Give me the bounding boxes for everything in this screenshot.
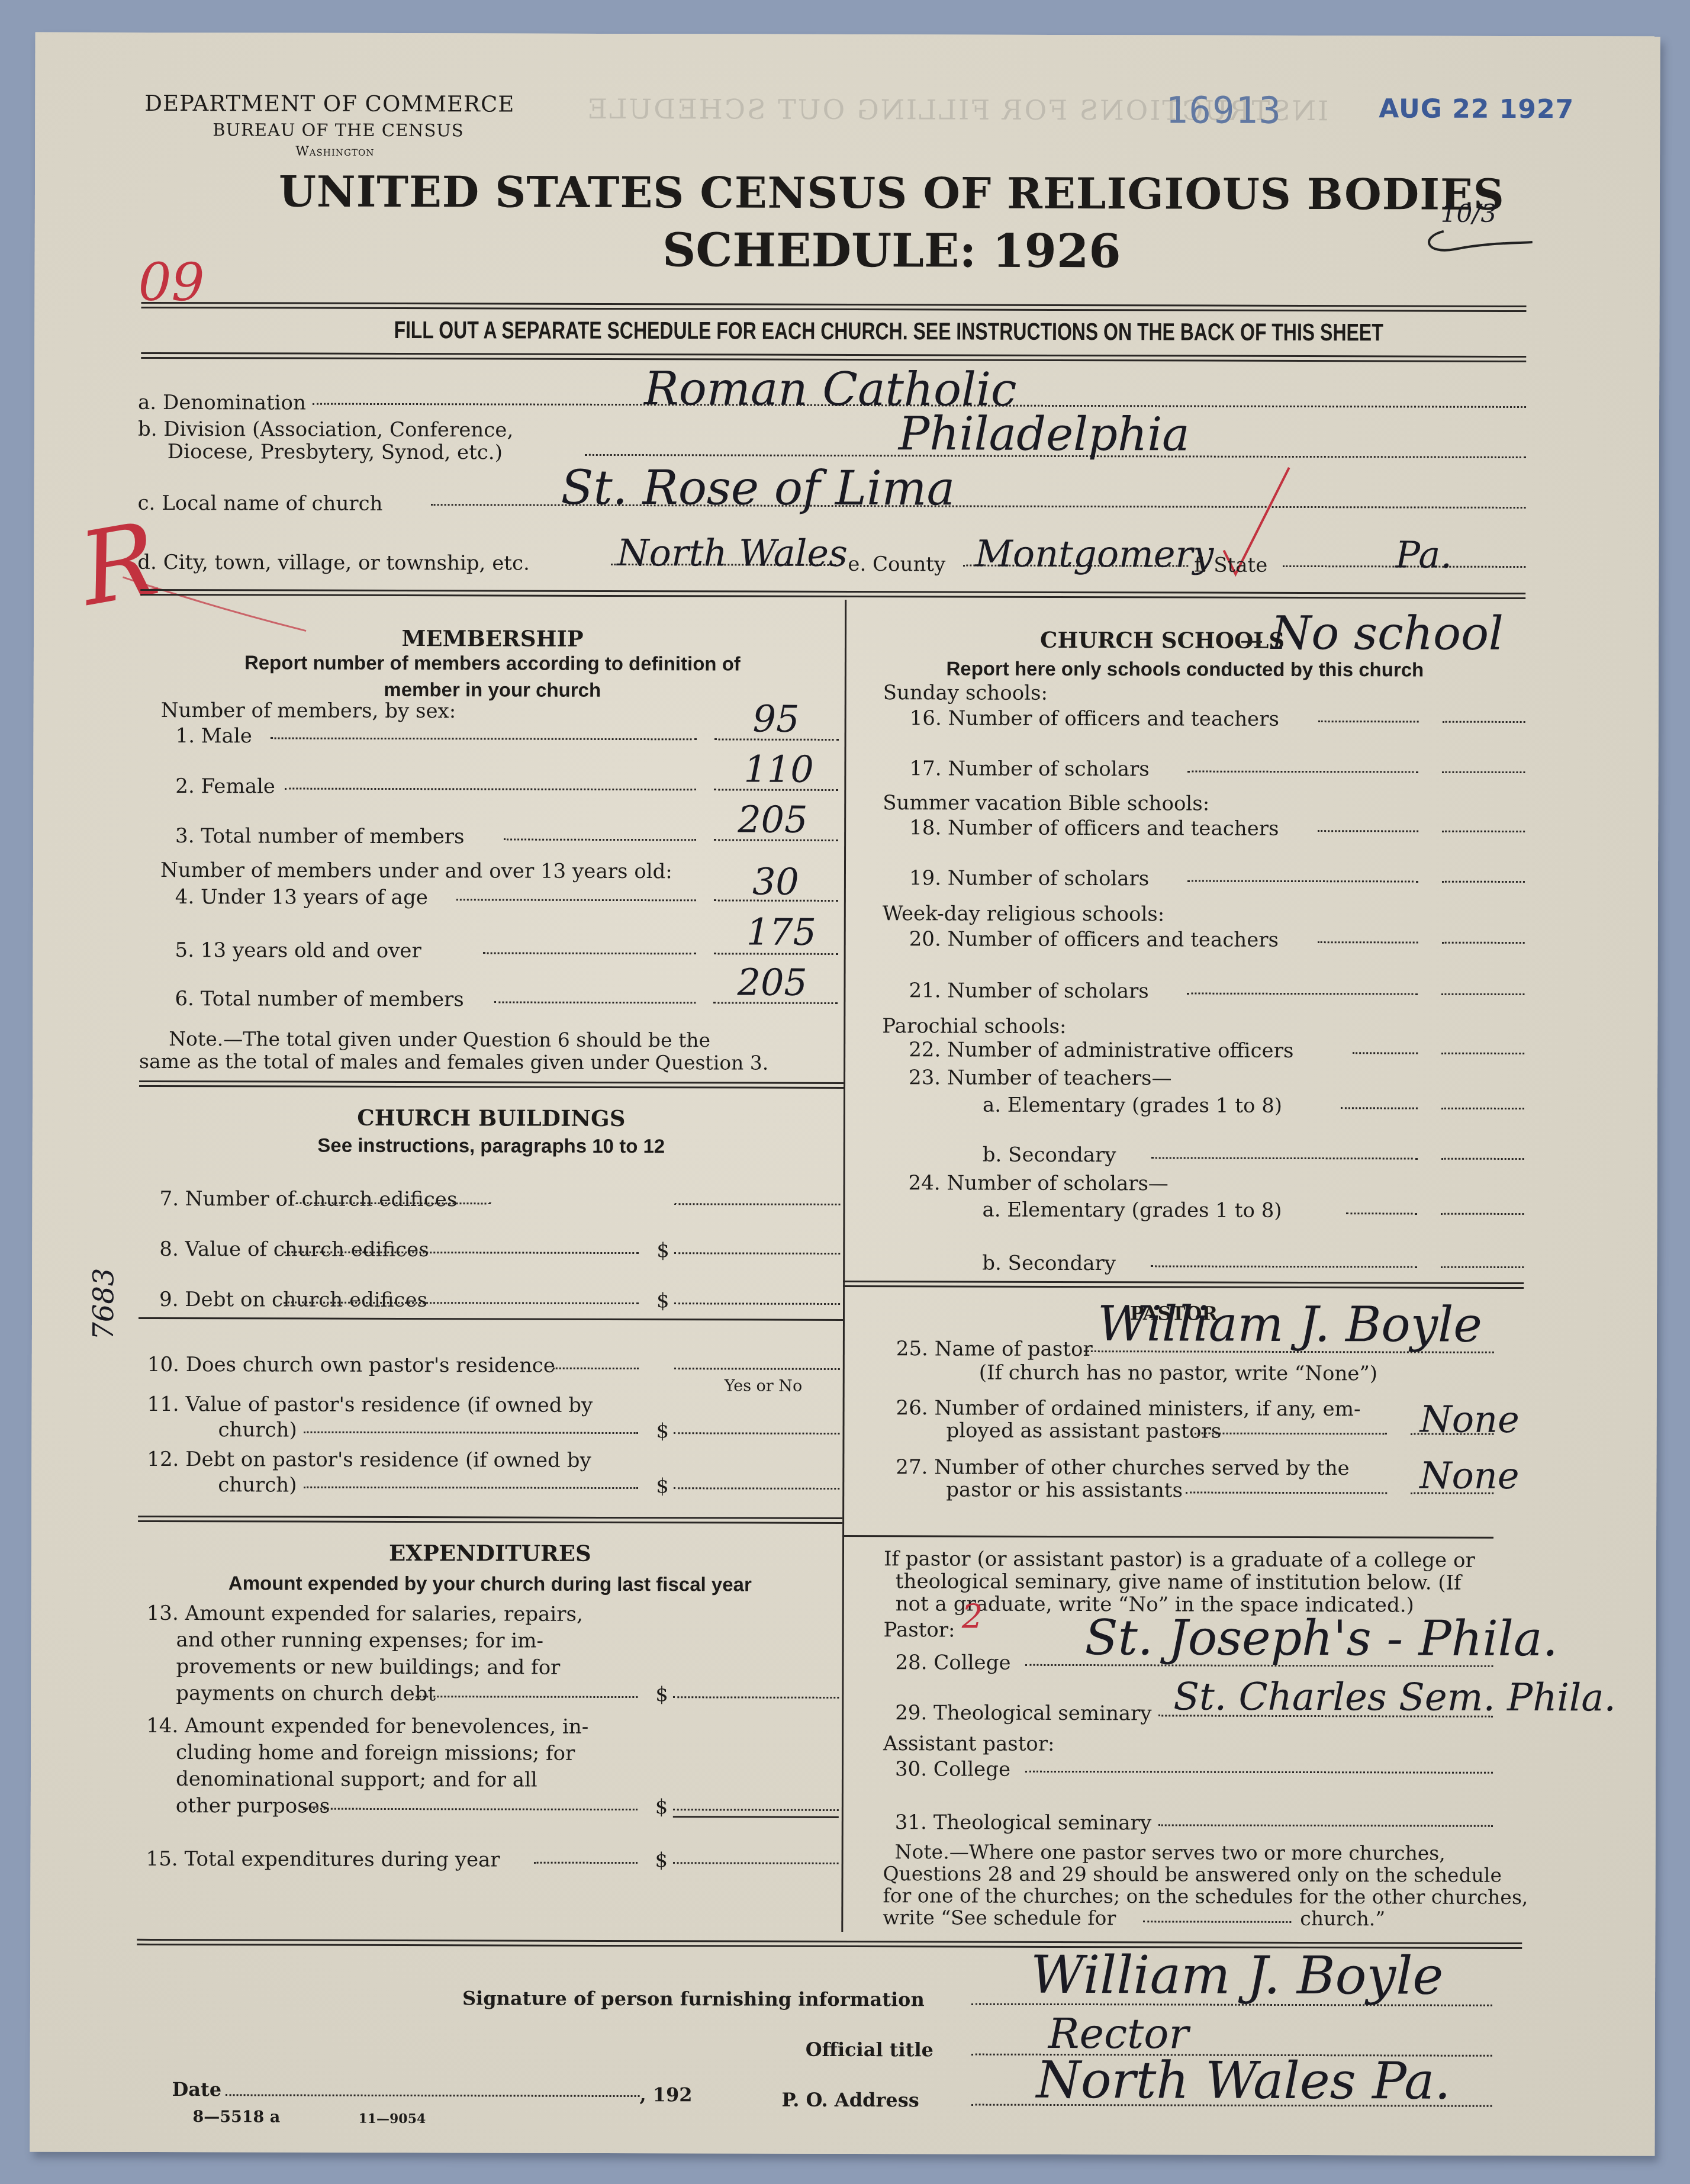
other-churches-label-2: pastor or his assistants	[946, 1478, 1183, 1502]
dash	[1241, 641, 1262, 643]
po-address-field[interactable]: North Wales Pa.	[1036, 2051, 1451, 2111]
division-label-1: b. Division (Association, Conference,	[138, 417, 513, 442]
q16-line	[1318, 721, 1419, 722]
dollar-sign: $	[655, 1683, 668, 1706]
county-label: e. County	[848, 552, 945, 576]
assistant-seminary-label: 31. Theological seminary	[895, 1810, 1151, 1835]
flourish-icon	[1420, 226, 1538, 262]
residence-value-line	[304, 1432, 638, 1434]
male-count-field[interactable]: 95	[753, 697, 800, 741]
po-address-label: P. O. Address	[782, 2089, 919, 2112]
county-field[interactable]: Montgomery	[975, 532, 1213, 576]
location-heading: Washington	[295, 144, 374, 159]
q14-line-4: other purposes	[176, 1794, 330, 1818]
q15-label: 15. Total expenditures during year	[146, 1847, 500, 1872]
q13-line-3: provements or new buildings; and for	[176, 1655, 560, 1680]
denomination-label: a. Denomination	[138, 391, 306, 415]
q17-line	[1187, 771, 1418, 773]
fraction-annotation: 10/3	[1441, 199, 1496, 228]
identification-divider	[140, 589, 1525, 599]
expenditures-title: EXPENDITURES	[138, 1539, 842, 1567]
official-title-label: Official title	[806, 2038, 933, 2061]
q24a-line	[1346, 1212, 1417, 1214]
church-schools-title: CHURCH SCHOOLS	[1040, 627, 1285, 654]
q22-label: 22. Number of administrative officers	[909, 1038, 1293, 1063]
total-members-field-q3[interactable]: 205	[738, 798, 808, 841]
membership-title: MEMBERSHIP	[140, 625, 845, 652]
edifices-count-field[interactable]	[675, 1203, 841, 1205]
pastor-name-field[interactable]: William J. Boyle	[1097, 1296, 1482, 1353]
members-by-sex-label: Number of members, by sex:	[161, 699, 456, 723]
census-form-paper: DEPARTMENT OF COMMERCE BUREAU OF THE CEN…	[30, 32, 1660, 2156]
total-members-label-q3: 3. Total number of members	[175, 824, 465, 848]
see-schedule-line	[1143, 1921, 1291, 1923]
q20-label: 20. Number of officers and teachers	[909, 927, 1279, 952]
residence-value-label-2: church)	[218, 1418, 297, 1442]
weekday-schools-label: Week-day religious schools:	[883, 902, 1165, 926]
column-divider	[841, 600, 846, 1932]
city-field[interactable]: North Wales	[617, 531, 848, 575]
edifices-value-field[interactable]	[674, 1252, 840, 1255]
pastor-note-4b: church.”	[1300, 1907, 1385, 1930]
pastor-name-label: 25. Name of pastor	[896, 1337, 1093, 1361]
assistant-pastors-label-1: 26. Number of ordained ministers, if any…	[896, 1396, 1361, 1421]
total-members-field-q6[interactable]: 205	[737, 961, 807, 1004]
running-expenses-field[interactable]	[673, 1696, 839, 1699]
q13-line-1: 13. Amount expended for salaries, repair…	[147, 1601, 583, 1626]
q21-label: 21. Number of scholars	[909, 979, 1148, 1003]
total-members-label-q6: 6. Total number of members	[175, 987, 464, 1011]
assistant-pastors-label-2: ployed as assistant pastors	[946, 1419, 1221, 1443]
over-13-line	[483, 952, 696, 954]
signature-label: Signature of person furnishing informati…	[462, 1987, 925, 2011]
assistant-seminary-field[interactable]	[1158, 1824, 1493, 1826]
q23-label: 23. Number of teachers—	[909, 1066, 1171, 1090]
q14-line-3: denominational support; and for all	[176, 1767, 537, 1792]
instructions-divider	[141, 352, 1526, 362]
other-churches-label-1: 27. Number of other churches served by t…	[896, 1455, 1349, 1480]
total-expenditures-field[interactable]	[673, 1862, 839, 1864]
owns-residence-label: 10. Does church own pastor's residence	[147, 1353, 555, 1378]
membership-note-2: same as the total of males and females g…	[139, 1050, 768, 1075]
dollar-sign: $	[655, 1795, 668, 1819]
form-title: UNITED STATES CENSUS OF RELIGIOUS BODIES	[35, 165, 1660, 220]
female-label: 2. Female	[175, 774, 275, 798]
pastor-college-label: 28. College	[895, 1651, 1010, 1675]
buildings-divider	[139, 1317, 843, 1321]
q15-line	[534, 1862, 638, 1864]
summer-schools-label: Summer vacation Bible schools:	[883, 791, 1209, 815]
under-13-label: 4. Under 13 years of age	[175, 885, 428, 909]
q24a-field[interactable]	[1441, 1213, 1524, 1215]
q17-field[interactable]	[1442, 771, 1525, 773]
department-heading: DEPARTMENT OF COMMERCE	[144, 91, 514, 117]
female-line	[285, 788, 696, 791]
q18-label: 18. Number of officers and teachers	[909, 816, 1279, 841]
dollar-sign: $	[656, 1419, 669, 1443]
q16-field[interactable]	[1443, 721, 1525, 723]
q22-field[interactable]	[1441, 1053, 1524, 1054]
yes-or-no-hint: Yes or No	[725, 1376, 803, 1395]
q18-field[interactable]	[1442, 831, 1525, 832]
q24b-label: b. Secondary	[982, 1252, 1116, 1276]
print-number: 11—9054	[358, 2111, 426, 2127]
residence-debt-field[interactable]	[674, 1487, 839, 1490]
q21-field[interactable]	[1441, 993, 1524, 995]
edifices-debt-label: 9. Debt on church edifices	[159, 1288, 427, 1312]
residence-debt-label-2: church)	[218, 1473, 297, 1497]
assistant-pastor-label: Assistant pastor:	[883, 1732, 1055, 1756]
red-mark-annotation: 2	[962, 1598, 983, 1636]
female-count-field[interactable]: 110	[743, 748, 814, 791]
q23b-field[interactable]	[1441, 1158, 1524, 1160]
instructions-banner: FILL OUT A SEPARATE SCHEDULE FOR EACH CH…	[213, 316, 1480, 347]
q16-label: 16. Number of officers and teachers	[910, 706, 1279, 731]
dollar-sign: $	[656, 1239, 669, 1262]
signature-field[interactable]: William J. Boyle	[1031, 1944, 1444, 2006]
residence-value-label: 11. Value of pastor's residence (if owne…	[147, 1392, 593, 1417]
received-stamp-date: AUG 22 1927	[1379, 94, 1574, 124]
over-13-label: 5. 13 years old and over	[175, 938, 421, 963]
division-label-2: Diocese, Presbytery, Synod, etc.)	[168, 440, 503, 464]
dollar-sign: $	[656, 1474, 669, 1498]
pastor-note-2: Questions 28 and 29 should be answered o…	[883, 1862, 1502, 1887]
church-schools-subtitle: Report here only schools conducted by th…	[845, 657, 1525, 681]
assistant-college-label: 30. College	[895, 1757, 1010, 1781]
other-churches-line	[1186, 1492, 1387, 1494]
q14-line	[303, 1808, 638, 1810]
under-13-field[interactable]: 30	[752, 860, 799, 903]
q24b-field[interactable]	[1441, 1266, 1524, 1268]
church-buildings-title: CHURCH BUILDINGS	[139, 1104, 844, 1132]
church-schools-handwritten[interactable]: No school	[1271, 607, 1504, 661]
expenditures-subtitle: Amount expended by your church during la…	[138, 1572, 842, 1596]
q14-line-1: 14. Amount expended for benevolences, in…	[146, 1714, 588, 1739]
q13-line	[416, 1696, 638, 1698]
members-by-age-label: Number of members under and over 13 year…	[160, 858, 672, 883]
sum-underline	[673, 1816, 839, 1818]
under-13-line	[456, 899, 696, 901]
buildings-bottom-divider	[138, 1516, 842, 1524]
schools-divider	[843, 1281, 1524, 1289]
q24b-line	[1151, 1265, 1417, 1268]
church-buildings-subtitle: See instructions, paragraphs 10 to 12	[139, 1134, 844, 1158]
q23a-label: a. Elementary (grades 1 to 8)	[983, 1093, 1282, 1118]
q19-line	[1187, 880, 1418, 883]
graduate-instructions-2: theological seminary, give name of insti…	[896, 1569, 1462, 1595]
q19-label: 19. Number of scholars	[909, 866, 1149, 890]
dollar-sign: $	[655, 1848, 668, 1872]
edifices-count-label: 7. Number of church edifices	[159, 1187, 457, 1211]
q20-field[interactable]	[1442, 942, 1525, 944]
header-divider	[141, 302, 1526, 312]
other-churches-field[interactable]: None	[1419, 1454, 1519, 1497]
date-label: Date	[172, 2078, 222, 2101]
residence-value-field[interactable]	[674, 1432, 839, 1434]
parochial-schools-label: Parochial schools:	[882, 1014, 1066, 1038]
church-name-field[interactable]: St. Rose of Lima	[561, 460, 955, 516]
q23b-line	[1151, 1157, 1418, 1159]
membership-subtitle-1: Report number of members according to de…	[140, 651, 845, 676]
owns-residence-field[interactable]	[674, 1368, 840, 1370]
sunday-schools-label: Sunday schools:	[883, 681, 1048, 705]
q24-label: 24. Number of scholars—	[909, 1171, 1168, 1195]
division-field[interactable]: Philadelphia	[899, 407, 1190, 461]
pastor-seminary-label: 29. Theological seminary	[895, 1701, 1151, 1725]
state-field[interactable]: Pa.	[1395, 533, 1452, 576]
church-name-label: c. Local name of church	[138, 491, 383, 516]
pastor-sub-label: Pastor:	[884, 1618, 955, 1642]
form-number: 8—5518 a	[192, 2108, 280, 2126]
received-stamp-number: 16913	[1166, 88, 1282, 132]
owns-residence-line	[553, 1368, 639, 1369]
over-13-field[interactable]: 175	[746, 911, 817, 954]
edifices-debt-field[interactable]	[674, 1302, 840, 1305]
margin-note: 7683	[87, 1268, 120, 1340]
pastor-name-hint: (If church has no pastor, write “None”)	[979, 1361, 1377, 1386]
q13-line-2: and other running expenses; for im-	[176, 1628, 543, 1653]
membership-divider	[139, 1080, 844, 1089]
pastor-college-field[interactable]: St. Joseph's - Phila.	[1084, 1610, 1558, 1667]
pastor-divider	[842, 1535, 1493, 1539]
q13-line-4: payments on church debt	[176, 1681, 436, 1706]
q23a-field[interactable]	[1441, 1108, 1524, 1109]
benevolences-field[interactable]	[673, 1809, 839, 1811]
date-suffix: , 192	[640, 2083, 693, 2106]
residence-debt-label: 12. Debt on pastor's residence (if owned…	[147, 1448, 591, 1472]
edifices-value-label: 8. Value of church edifices	[159, 1237, 429, 1262]
assistant-pastors-line	[1195, 1433, 1387, 1435]
q19-field[interactable]	[1442, 881, 1525, 883]
state-label: f. State	[1194, 554, 1267, 577]
q21-line	[1187, 993, 1418, 995]
graduate-instructions-1: If pastor (or assistant pastor) is a gra…	[884, 1547, 1475, 1572]
male-line	[271, 737, 697, 740]
q23a-line	[1341, 1107, 1418, 1109]
total-q3-line	[504, 838, 696, 841]
q17-label: 17. Number of scholars	[909, 757, 1149, 781]
q24a-label: a. Elementary (grades 1 to 8)	[982, 1198, 1282, 1223]
pastor-note-4a: write “See schedule for	[883, 1906, 1116, 1929]
q18-line	[1318, 830, 1418, 832]
pastor-note-3: for one of the churches; on the schedule…	[883, 1884, 1528, 1909]
q20-line	[1318, 941, 1418, 943]
total-q6-line	[494, 1001, 696, 1003]
male-label: 1. Male	[176, 724, 252, 748]
assistant-college-field[interactable]	[1025, 1771, 1493, 1774]
bureau-heading: BUREAU OF THE CENSUS	[213, 120, 463, 140]
q14-line-2: cluding home and foreign missions; for	[176, 1741, 575, 1765]
pastor-note-1: Note.—Where one pastor serves two or mor…	[895, 1840, 1446, 1864]
form-subtitle: SCHEDULE: 1926	[35, 221, 1660, 279]
date-field[interactable]	[226, 2094, 640, 2097]
membership-note-1: Note.—The total given under Question 6 s…	[169, 1027, 710, 1051]
q23b-label: b. Secondary	[983, 1143, 1116, 1167]
assistant-pastors-field[interactable]: None	[1419, 1398, 1519, 1441]
pastor-seminary-field[interactable]: St. Charles Sem. Phila.	[1173, 1675, 1616, 1720]
q22-line	[1353, 1052, 1418, 1054]
dollar-sign: $	[656, 1289, 669, 1313]
residence-debt-line	[304, 1487, 638, 1489]
